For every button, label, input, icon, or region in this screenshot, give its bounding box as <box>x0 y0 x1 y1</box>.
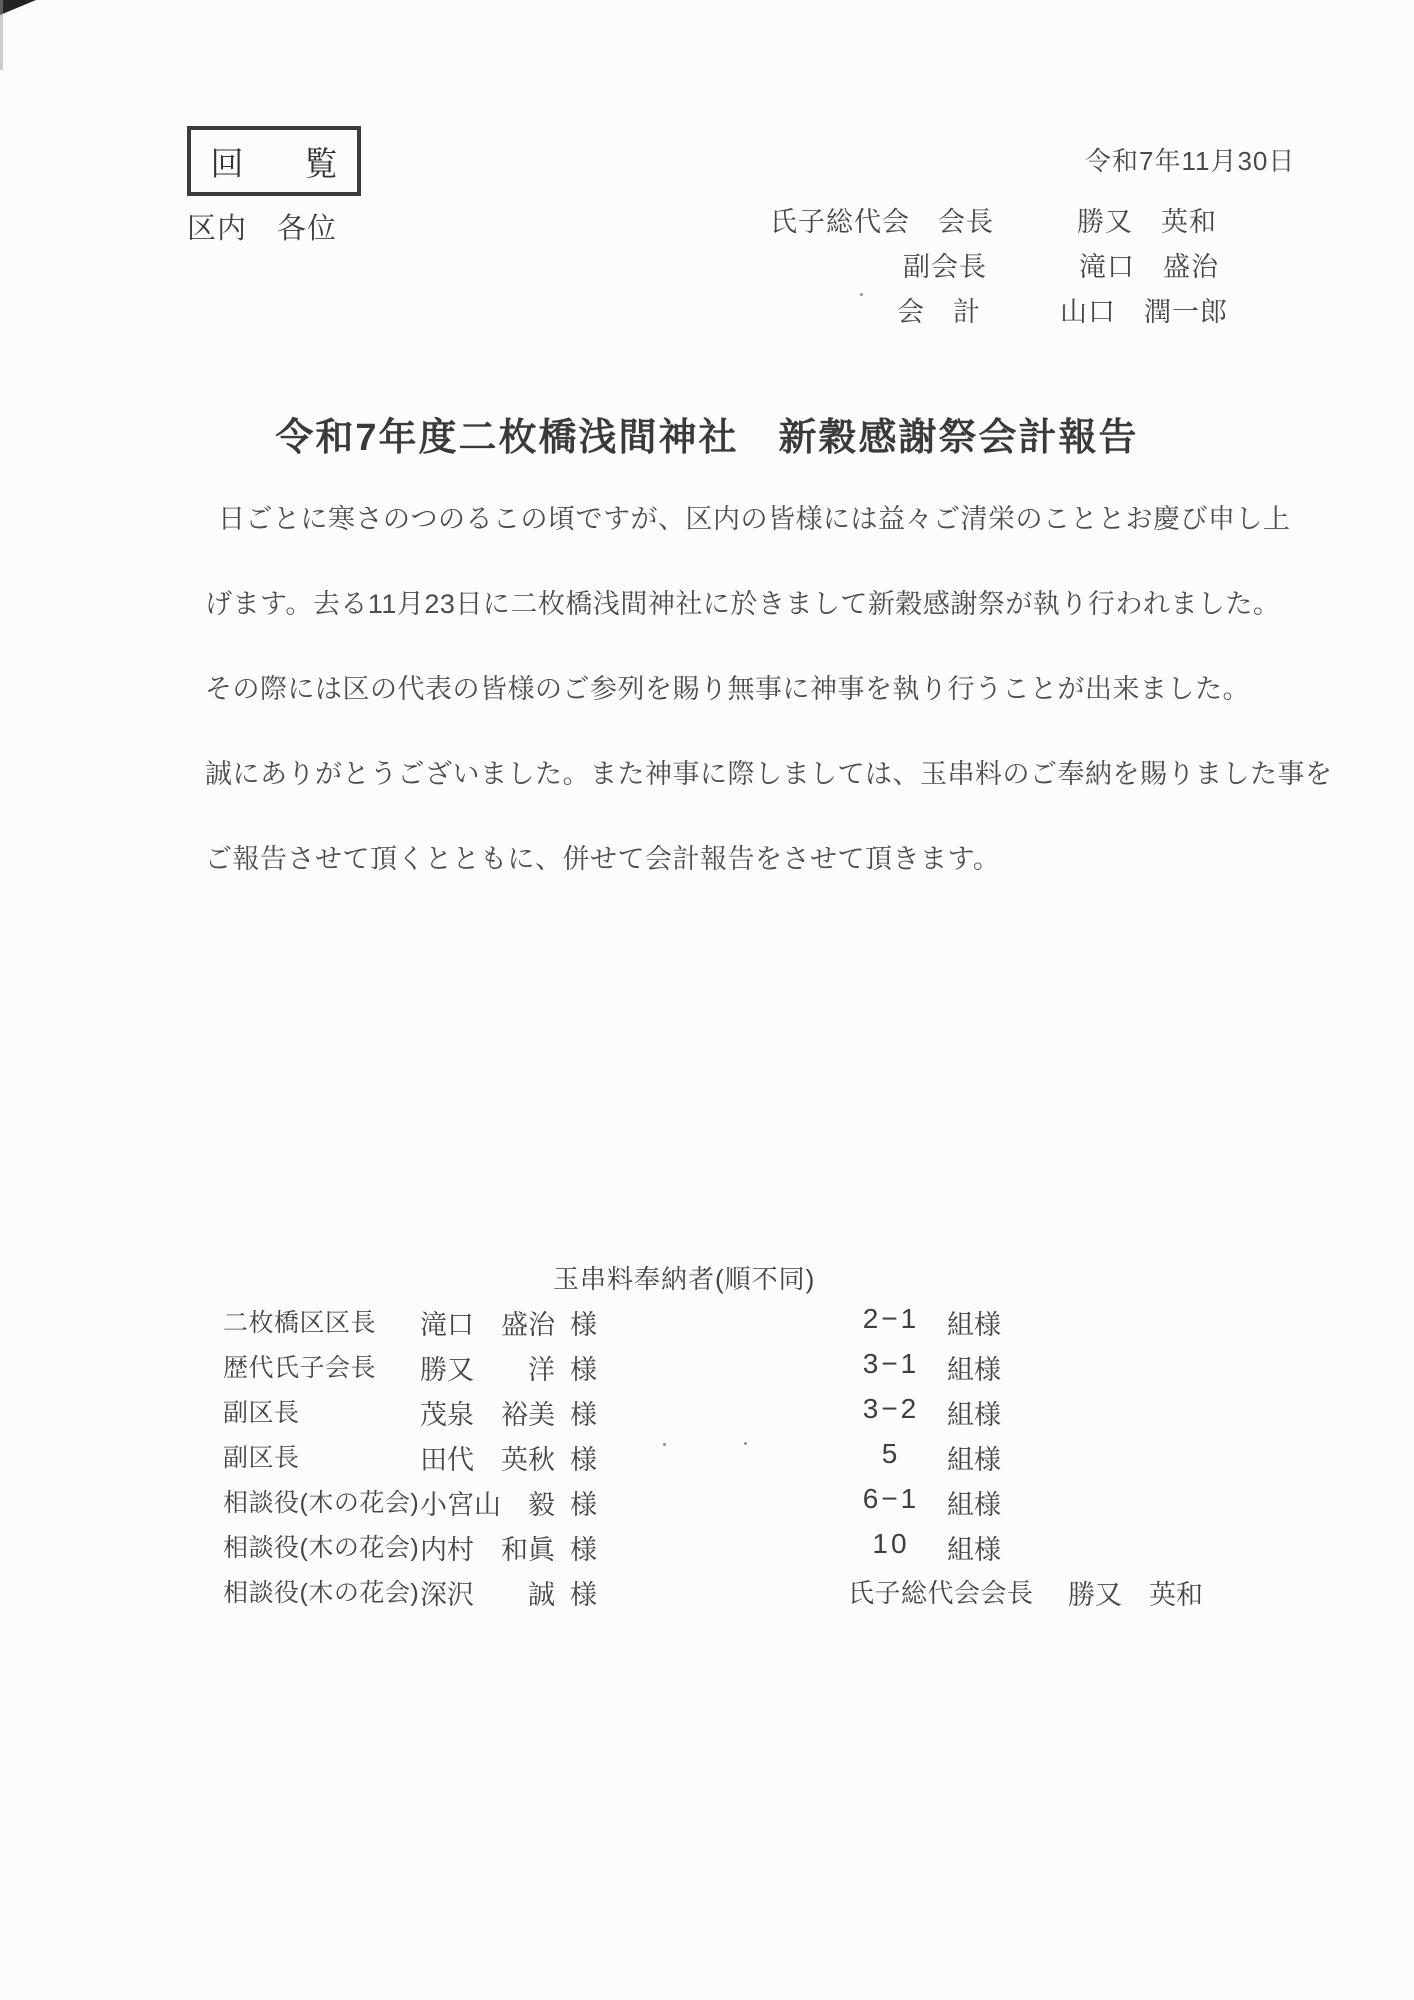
circulation-stamp-label: 回 覧 <box>211 138 352 185</box>
donor-honorific: 様 <box>570 1438 597 1477</box>
donor-group-number: 3−1 <box>828 1348 954 1380</box>
donor-role: 相談役(木の花会) <box>223 1528 419 1564</box>
recipients-line: 区内 各位 <box>187 206 337 247</box>
body-paragraph: 日ごとに寒さのつのるこの頃ですが、区内の皆様には益々ご清栄のこととお慶び申し上 … <box>205 477 1300 902</box>
donor-row: 副区長 田代 英秋 様 5 組様 <box>0 1438 1414 1483</box>
donor-honorific: 様 <box>570 1393 597 1432</box>
donor-group-number: 10 <box>828 1528 954 1560</box>
donor-group-suffix: 組様 <box>947 1483 1001 1522</box>
donor-group-suffix: 組様 <box>947 1438 1001 1477</box>
donor-name: 小宮山 毅 <box>420 1483 555 1522</box>
donor-role: 副区長 <box>223 1438 300 1474</box>
donor-honorific: 様 <box>570 1528 597 1567</box>
donor-group-number: 3−2 <box>828 1393 954 1425</box>
donor-role: 相談役(木の花会) <box>223 1573 419 1609</box>
donor-role: 相談役(木の花会) <box>223 1483 419 1519</box>
body-line: 日ごとに寒さのつのるこの頃ですが、区内の皆様には益々ご清栄のこととお慶び申し上 <box>205 477 1300 562</box>
donor-honorific: 様 <box>570 1348 597 1387</box>
donor-name: 滝口 盛治 <box>420 1303 555 1342</box>
donor-name: 内村 和眞 <box>420 1528 555 1567</box>
circulation-stamp-box: 回 覧 <box>187 126 361 196</box>
donor-role: 二枚橋区区長 <box>223 1303 376 1339</box>
signatory-role: 副会長 <box>903 245 987 284</box>
scan-corner-artifact <box>0 0 36 15</box>
donor-row: 二枚橋区区長 滝口 盛治 様 2−1 組様 <box>0 1303 1414 1348</box>
donor-honorific: 様 <box>570 1303 597 1342</box>
body-line: ご報告させて頂くとともに、併せて会計報告をさせて頂きます。 <box>205 817 1300 902</box>
document-title: 令和7年度二枚橋浅間神社 新穀感謝祭会計報告 <box>0 406 1414 461</box>
donor-row: 歴代氏子会長 勝又 洋 様 3−1 組様 <box>0 1348 1414 1393</box>
body-line: げます。去る11月23日に二枚橋浅間神社に於きまして新穀感謝祭が執り行われました… <box>205 562 1300 647</box>
donor-role: 副区長 <box>223 1393 300 1429</box>
scan-speck <box>860 293 863 296</box>
document-date: 令和7年11月30日 <box>1085 141 1295 178</box>
signatory-role: 氏子総代会 会長 <box>770 200 994 239</box>
donor-row: 相談役(木の花会) 内村 和眞 様 10 組様 <box>0 1528 1414 1573</box>
body-line: 誠にありがとうございました。また神事に際しましては、玉串料のご奉納を賜りました事… <box>205 732 1300 817</box>
signatory-name: 勝又 英和 <box>1077 200 1217 239</box>
donor-honorific: 様 <box>570 1483 597 1522</box>
signatory-role: 会 計 <box>897 290 981 329</box>
donor-group-suffix: 組様 <box>947 1303 1001 1342</box>
donor-name: 深沢 誠 <box>420 1573 555 1612</box>
donor-group-number: 2−1 <box>828 1303 954 1335</box>
donor-group-number: 5 <box>828 1438 954 1470</box>
body-line: その際には区の代表の皆様のご参列を賜り無事に神事を執り行うことが出来ました。 <box>205 647 1300 732</box>
donor-list-heading: 玉串料奉納者(順不同) <box>553 1259 815 1296</box>
donor-row: 相談役(木の花会) 小宮山 毅 様 6−1 組様 <box>0 1483 1414 1528</box>
scan-edge-shade <box>0 0 3 70</box>
donor-group-label: 氏子総代会会長 <box>848 1573 1034 1610</box>
donor-row: 副区長 茂泉 裕美 様 3−2 組様 <box>0 1393 1414 1438</box>
donor-group-suffix: 組様 <box>947 1393 1001 1432</box>
scanned-document-page: 回 覧 区内 各位 令和7年11月30日 氏子総代会 会長 勝又 英和 副会長 … <box>0 0 1414 2000</box>
donor-role: 歴代氏子会長 <box>223 1348 376 1384</box>
donor-name: 茂泉 裕美 <box>420 1393 555 1432</box>
donor-honorific: 様 <box>570 1573 597 1612</box>
donor-name: 田代 英秋 <box>420 1438 555 1477</box>
donor-group-number: 6−1 <box>828 1483 954 1515</box>
donor-group-name: 勝又 英和 <box>1068 1573 1203 1612</box>
signatory-name: 滝口 盛治 <box>1079 245 1219 284</box>
donor-row: 相談役(木の花会) 深沢 誠 様 氏子総代会会長 勝又 英和 <box>0 1573 1414 1618</box>
donor-name: 勝又 洋 <box>420 1348 555 1387</box>
signatory-name: 山口 潤一郎 <box>1060 290 1228 329</box>
donor-group-suffix: 組様 <box>947 1528 1001 1567</box>
donor-group-suffix: 組様 <box>947 1348 1001 1387</box>
